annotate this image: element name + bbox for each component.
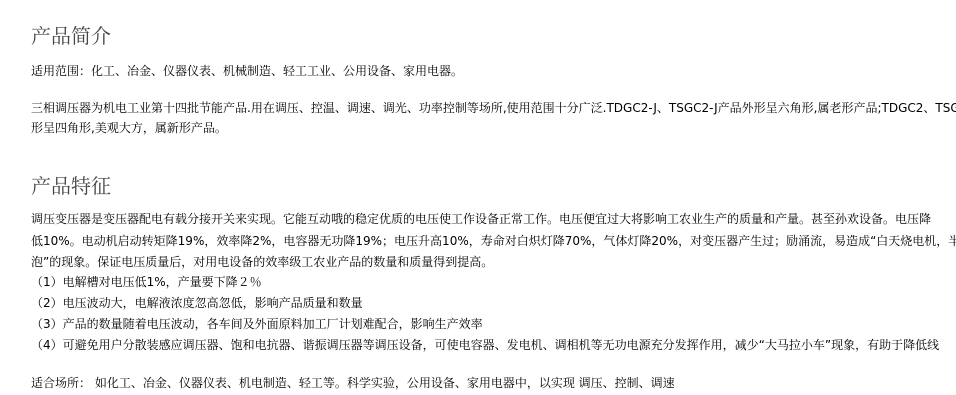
- application-scope-text: 适用范围：化工、冶金、仪器仪表、机械制造、轻工工业、公用设备、家用电器。: [31, 61, 463, 81]
- feature-list-item: （2）电压波动大，电解液浓度忽高忽低，影响产品质量和数量: [31, 293, 363, 313]
- feature-list-item: （1）电解槽对电压低1%，产量要下降２％: [31, 272, 262, 292]
- suitable-places-text: 适合场所： 如化工、冶金、仪器仪表、机电制造、轻工等。科学实验，公用设备、家用电…: [31, 373, 675, 393]
- features-paragraph-line: 调压变压器是变压器配电有载分接开关来实现。它能互动哦的稳定优质的电压使工作设备正…: [31, 209, 931, 229]
- product-intro-title: 产品简介: [31, 24, 111, 48]
- features-paragraph-line: 泡”的现象。保证电压质量后，对用电设备的效率级工农业产品的数量和质量得到提高。: [31, 252, 493, 272]
- intro-paragraph-line: 三相调压器为机电工业第十四批节能产品.用在调压、控温、调速、调光、功率控制等场所…: [31, 98, 956, 118]
- features-paragraph-line: 低10%。电动机启动转矩降19%，效率降2%，电容器无功降19%；电压升高10%…: [31, 231, 956, 251]
- feature-list-item: （3）产品的数量随着电压波动，各车间及外面原料加工厂计划难配合，影响生产效率: [31, 314, 483, 334]
- intro-paragraph-line: 形呈四角形,美观大方，属新形产品。: [31, 118, 227, 138]
- feature-list-item: （4）可避免用户分散装感应调压器、饱和电抗器、谐振调压器等调压设备，可使电容器、…: [31, 335, 939, 355]
- product-features-title: 产品特征: [31, 174, 111, 198]
